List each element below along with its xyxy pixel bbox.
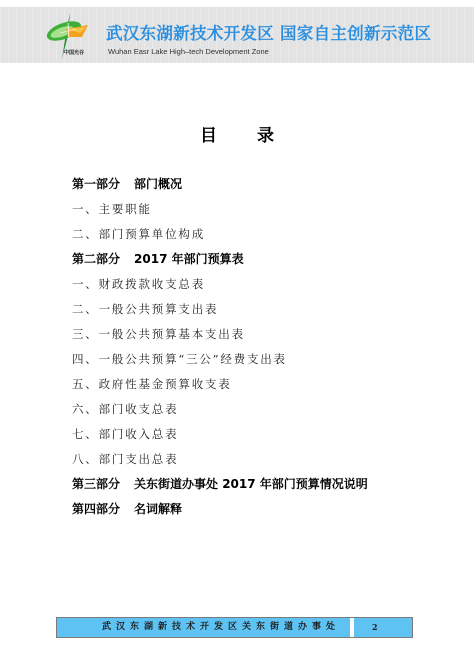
toc-item[interactable]: 四、一般公共预算“三公”经费支出表 <box>72 347 452 372</box>
toc-item[interactable]: 八、部门支出总表 <box>72 447 452 472</box>
page-title: 目录 <box>0 121 474 146</box>
part-label: 关东街道办事处 2017 年部门预算情况说明 <box>134 477 368 491</box>
toc-item[interactable]: 六、部门收支总表 <box>72 397 452 422</box>
toc-item[interactable]: 二、部门预算单位构成 <box>72 222 452 247</box>
toc-part-4[interactable]: 第四部分名词解释 <box>72 497 452 522</box>
toc-part-3[interactable]: 第三部分关东街道办事处 2017 年部门预算情况说明 <box>72 472 452 497</box>
header-banner: 中国光谷 武汉东湖新技术开发区 国家自主创新示范区 Wuhan Easr Lak… <box>0 7 474 63</box>
page-footer: 武汉东湖新技术开发区关东街道办事处 2 <box>56 617 413 638</box>
toc-item[interactable]: 三、一般公共预算基本支出表 <box>72 322 452 347</box>
part-number: 第四部分 <box>72 497 120 522</box>
toc-part-2[interactable]: 第二部分2017 年部门预算表 <box>72 247 452 272</box>
part-label: 部门概况 <box>134 177 182 191</box>
part-number: 第一部分 <box>72 172 120 197</box>
toc-item[interactable]: 二、一般公共预算支出表 <box>72 297 452 322</box>
part-label: 2017 年部门预算表 <box>134 252 244 266</box>
logo-caption: 中国光谷 <box>64 49 84 56</box>
part-number: 第二部分 <box>72 247 120 272</box>
page-number: 2 <box>354 618 412 637</box>
banner-subtitle: Wuhan Easr Lake High–tech Development Zo… <box>108 47 269 56</box>
toc-item[interactable]: 一、财政拨款收支总表 <box>72 272 452 297</box>
part-label: 名词解释 <box>134 502 182 516</box>
toc-item[interactable]: 七、部门收入总表 <box>72 422 452 447</box>
toc-item[interactable]: 一、主要职能 <box>72 197 452 222</box>
toc-part-1[interactable]: 第一部分部门概况 <box>72 172 452 197</box>
page-title-right: 录 <box>257 121 274 146</box>
page-title-left: 目 <box>200 121 217 146</box>
table-of-contents: 第一部分部门概况 一、主要职能 二、部门预算单位构成 第二部分2017 年部门预… <box>72 172 452 522</box>
footer-organization: 武汉东湖新技术开发区关东街道办事处 <box>57 618 350 637</box>
part-number: 第三部分 <box>72 472 120 497</box>
banner-title: 武汉东湖新技术开发区 国家自主创新示范区 <box>106 20 431 44</box>
toc-item[interactable]: 五、政府性基金预算收支表 <box>72 372 452 397</box>
